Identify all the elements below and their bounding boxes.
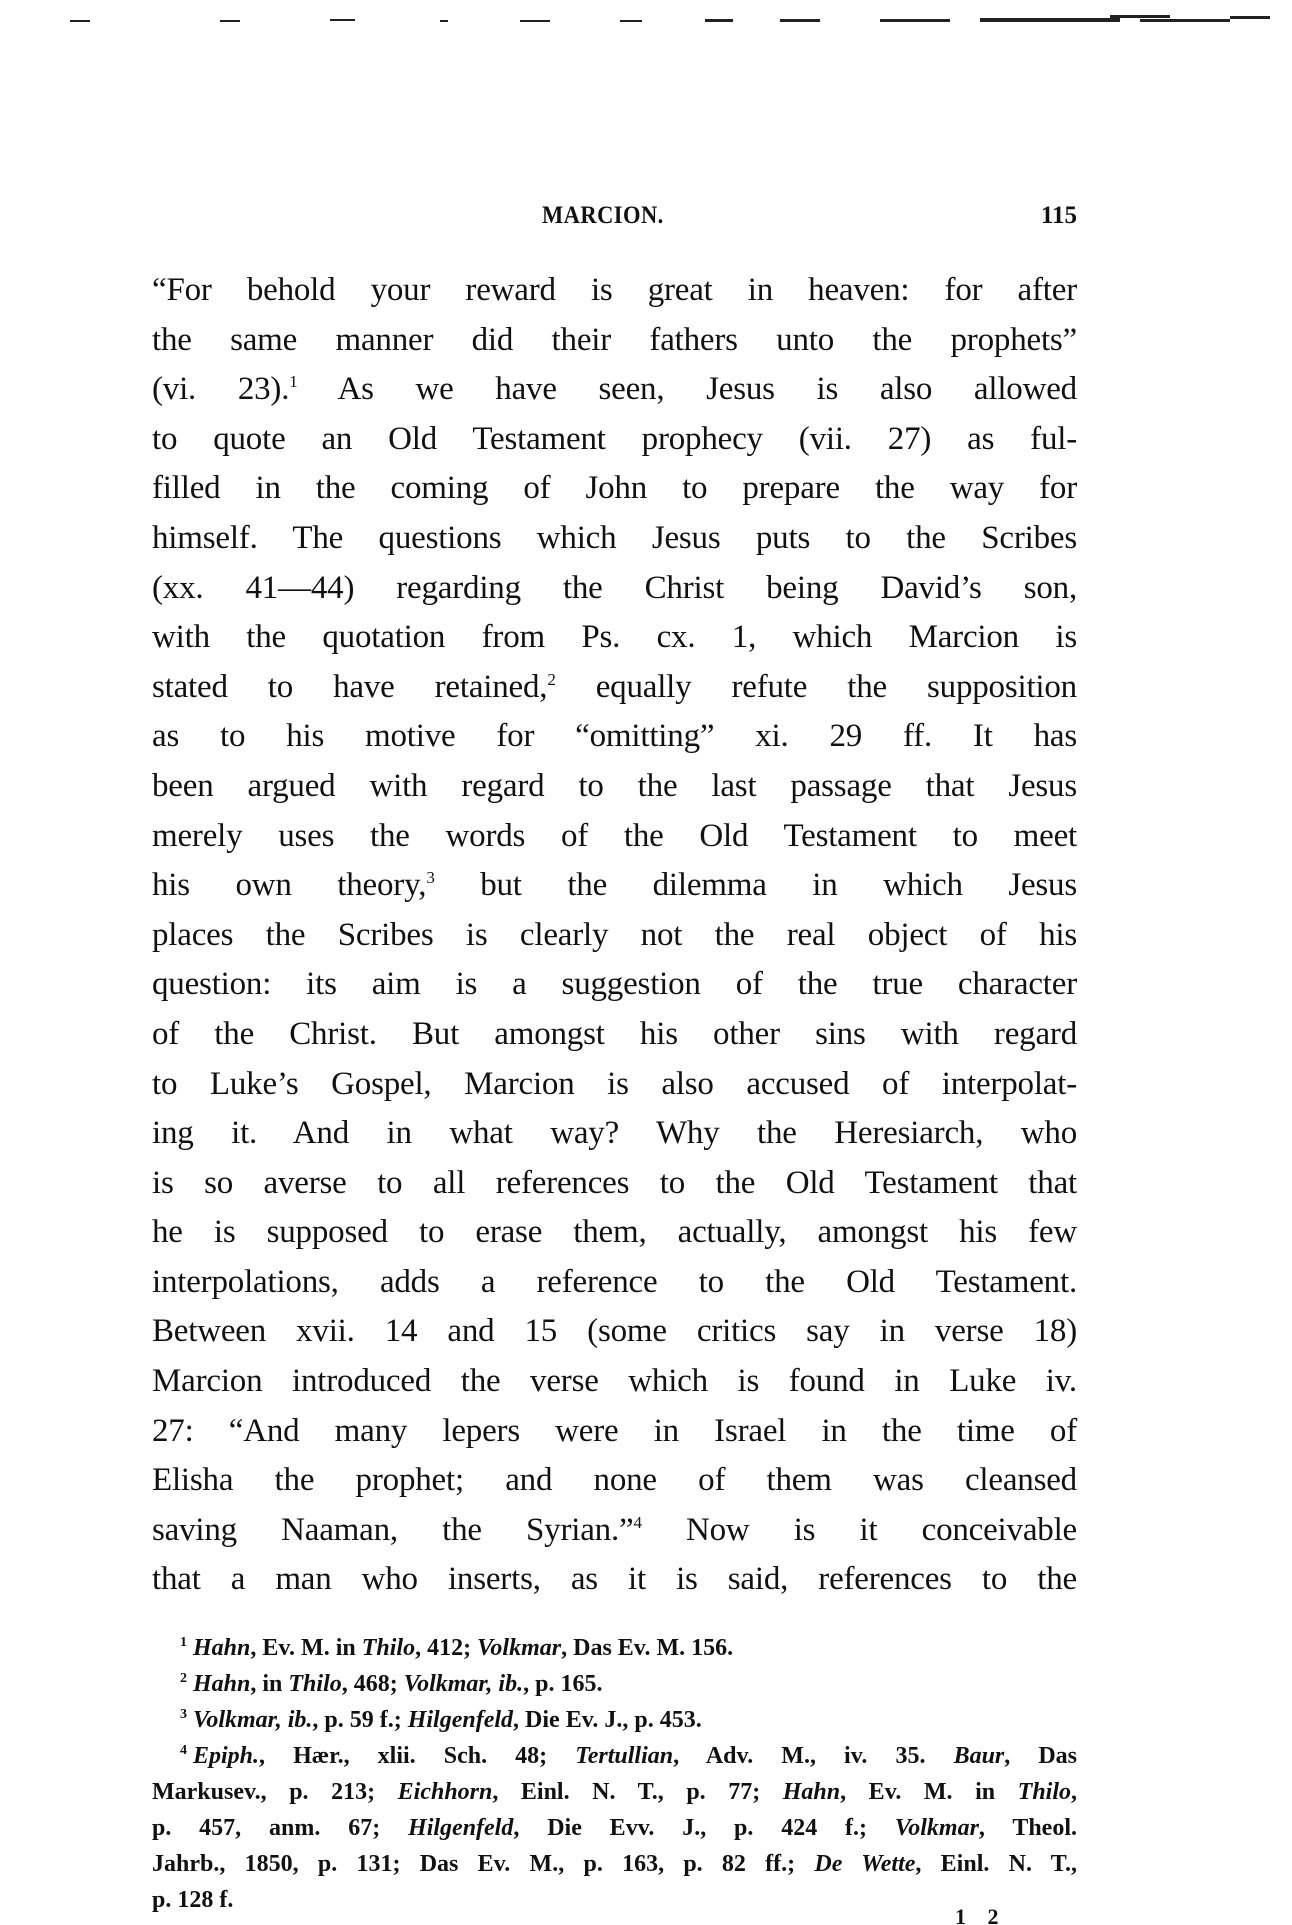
citation-text: , Das: [1004, 1743, 1077, 1769]
body-line: Between xvii. 14 and 15 (some critics sa…: [152, 1307, 1077, 1357]
footnote-line: 3Volkmar, ib., p. 59 f.; Hilgenfeld, Die…: [152, 1702, 1077, 1738]
body-line: interpolations, adds a reference to the …: [152, 1258, 1077, 1308]
body-line: to quote an Old Testament prophecy (vii.…: [152, 415, 1077, 465]
body-line: been argued with regard to the last pass…: [152, 762, 1077, 812]
citation-author: Eichhorn: [398, 1779, 493, 1805]
footnote-line: 2Hahn, in Thilo, 468; Volkmar, ib., p. 1…: [152, 1666, 1077, 1702]
body-line: with the quotation from Ps. cx. 1, which…: [152, 613, 1077, 663]
citation-text: Markusev., p. 213;: [152, 1779, 398, 1805]
footnote-number: 4: [180, 1743, 187, 1758]
citation-author: De Wette: [814, 1851, 915, 1877]
body-line: (vi. 23).1 As we have seen, Jesus is als…: [152, 365, 1077, 415]
citation-text: , Theol.: [979, 1815, 1077, 1841]
footnote-number: 3: [180, 1707, 187, 1722]
citation-author: Thilo: [1018, 1779, 1071, 1805]
body-line: ing it. And in what way? Why the Heresia…: [152, 1109, 1077, 1159]
citation-author: Epiph.: [193, 1743, 259, 1769]
body-line: Marcion introduced the verse which is fo…: [152, 1357, 1077, 1407]
citation-author: Volkmar, ib.: [193, 1707, 312, 1733]
citation-text: , in: [250, 1671, 288, 1697]
body-line: himself. The questions which Jesus puts …: [152, 514, 1077, 564]
citation-text: ,: [1071, 1779, 1077, 1805]
citation-text: , Das Ev. M. 156.: [561, 1635, 733, 1661]
citation-author: Hilgenfeld: [408, 1815, 513, 1841]
running-title: MARCION.: [542, 198, 664, 234]
footnote-line: 1Hahn, Ev. M. in Thilo, 412; Volkmar, Da…: [152, 1630, 1077, 1666]
citation-text: , Hær., xlii. Sch. 48;: [259, 1743, 575, 1769]
citation-author: Volkmar: [895, 1815, 979, 1841]
citation-author: Tertullian: [575, 1743, 673, 1769]
body-line: “For behold your reward is great in heav…: [152, 266, 1077, 316]
body-line: filled in the coming of John to prepare …: [152, 464, 1077, 514]
body-line: merely uses the words of the Old Testame…: [152, 812, 1077, 862]
citation-text: , 468;: [342, 1671, 404, 1697]
body-line: saving Naaman, the Syrian.”4 Now is it c…: [152, 1506, 1077, 1556]
footnote-line: Markusev., p. 213; Eichhorn, Einl. N. T.…: [152, 1774, 1077, 1810]
body-line: 27: “And many lepers were in Israel in t…: [152, 1407, 1077, 1457]
citation-text: , 412;: [415, 1635, 477, 1661]
body-text: “For behold your reward is great in heav…: [152, 266, 1077, 1605]
body-line: that a man who inserts, as it is said, r…: [152, 1555, 1077, 1605]
citation-author: Hahn: [783, 1779, 840, 1805]
footnote-ref: 1: [289, 372, 297, 391]
page-number: 115: [1041, 198, 1077, 234]
citation-author: Baur: [954, 1743, 1005, 1769]
citation-text: , Einl. N. T.,: [915, 1851, 1077, 1877]
footnote-ref: 4: [633, 1513, 641, 1532]
body-line: places the Scribes is clearly not the re…: [152, 911, 1077, 961]
citation-author: Hahn: [193, 1671, 250, 1697]
footnote-ref: 2: [547, 670, 555, 689]
citation-text: , p. 165.: [523, 1671, 602, 1697]
footnote-line: 4Epiph., Hær., xlii. Sch. 48; Tertullian…: [152, 1738, 1077, 1774]
citation-text: , Ev. M. in: [250, 1635, 361, 1661]
footnote-line: Jahrb., 1850, p. 131; Das Ev. M., p. 163…: [152, 1846, 1077, 1882]
citation-text: , Die Evv. J., p. 424 f.;: [513, 1815, 895, 1841]
body-line: the same manner did their fathers unto t…: [152, 316, 1077, 366]
footnote-number: 2: [180, 1671, 187, 1686]
citation-text: , Einl. N. T., p. 77;: [492, 1779, 782, 1805]
citation-author: Thilo: [362, 1635, 415, 1661]
footnote-line: p. 128 f.: [152, 1882, 1077, 1918]
body-line: Elisha the prophet; and none of them was…: [152, 1456, 1077, 1506]
scan-artifact: [20, 12, 1280, 26]
footnote-number: 1: [180, 1635, 187, 1650]
footnote-line: p. 457, anm. 67; Hilgenfeld, Die Evv. J.…: [152, 1810, 1077, 1846]
citation-author: Volkmar: [477, 1635, 561, 1661]
citation-text: , Ev. M. in: [840, 1779, 1018, 1805]
body-line: of the Christ. But amongst his other sin…: [152, 1010, 1077, 1060]
citation-author: Hilgenfeld: [408, 1707, 513, 1733]
footnotes: 1Hahn, Ev. M. in Thilo, 412; Volkmar, Da…: [152, 1630, 1077, 1918]
body-line: stated to have retained,2 equally refute…: [152, 663, 1077, 713]
body-line: is so averse to all references to the Ol…: [152, 1159, 1077, 1209]
body-line: question: its aim is a suggestion of the…: [152, 960, 1077, 1010]
citation-text: , p. 59 f.;: [312, 1707, 407, 1733]
running-head: MARCION. 115: [152, 198, 1077, 234]
citation-author: Thilo: [288, 1671, 341, 1697]
body-line: he is supposed to erase them, actually, …: [152, 1208, 1077, 1258]
citation-text: p. 457, anm. 67;: [152, 1815, 408, 1841]
body-line: to Luke’s Gospel, Marcion is also accuse…: [152, 1060, 1077, 1110]
citation-author: Volkmar, ib.: [404, 1671, 523, 1697]
citation-author: Hahn: [193, 1635, 250, 1661]
body-line: as to his motive for “omitting” xi. 29 f…: [152, 712, 1077, 762]
footnote-ref: 3: [426, 868, 434, 887]
body-line: his own theory,3 but the dilemma in whic…: [152, 861, 1077, 911]
signature-mark: 1 2: [955, 1906, 1007, 1925]
citation-text: p. 128 f.: [152, 1887, 233, 1913]
citation-text: Jahrb., 1850, p. 131; Das Ev. M., p. 163…: [152, 1851, 814, 1877]
citation-text: , Die Ev. J., p. 453.: [513, 1707, 702, 1733]
body-line: (xx. 41—44) regarding the Christ being D…: [152, 564, 1077, 614]
citation-text: , Adv. M., iv. 35.: [673, 1743, 953, 1769]
